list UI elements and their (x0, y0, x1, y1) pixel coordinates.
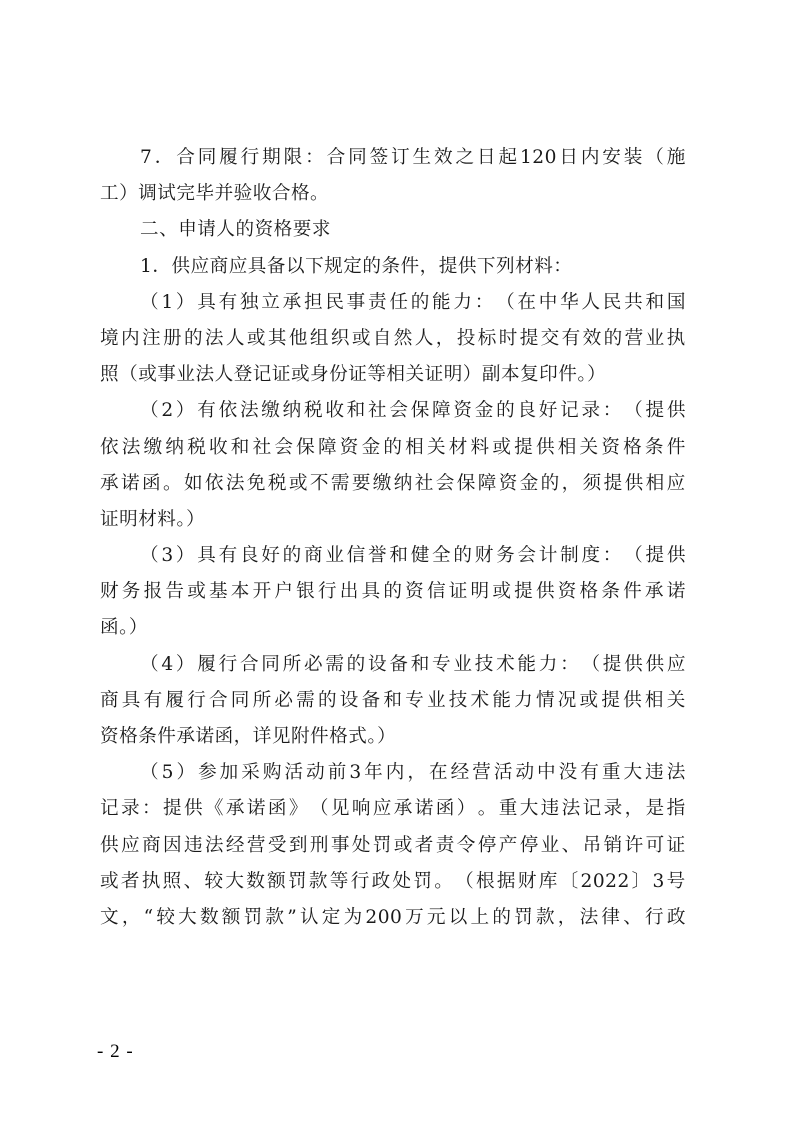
text-line: 照（或事业法人登记证或身份证等相关证明）副本复印件。） (100, 357, 686, 393)
text-line: （5）参加采购活动前3年内，在经营活动中没有重大违法 (100, 755, 686, 791)
text-line: 工）调试完毕并验收合格。 (100, 176, 686, 212)
text-line: 承诺函。如依法免税或不需要缴纳社会保障资金的，须提供相应 (100, 466, 686, 502)
text-line: 依法缴纳税收和社会保障资金的相关材料或提供相关资格条件 (100, 430, 686, 466)
text-line: 证明材料。） (100, 502, 686, 538)
text-line: 二、申请人的资格要求 (100, 212, 686, 248)
text-line: 财务报告或基本开户银行出具的资信证明或提供资格条件承诺 (100, 574, 686, 610)
text-line: 文，“较大数额罚款”认定为200万元以上的罚款，法律、行政 (100, 900, 686, 936)
text-line: （4）履行合同所必需的设备和专业技术能力：（提供供应 (100, 647, 686, 683)
text-line: 7．合同履行期限：合同签订生效之日起120日内安装（施 (100, 140, 686, 176)
text-line: （1）具有独立承担民事责任的能力：（在中华人民共和国 (100, 285, 686, 321)
text-line: 记录：提供《承诺函》（见响应承诺函）。重大违法记录，是指 (100, 791, 686, 827)
text-line: 函。） (100, 610, 686, 646)
text-line: 境内注册的法人或其他组织或自然人，投标时提交有效的营业执 (100, 321, 686, 357)
text-line: 1．供应商应具备以下规定的条件，提供下列材料： (100, 249, 686, 285)
text-line: （2）有依法缴纳税收和社会保障资金的良好记录：（提供 (100, 393, 686, 429)
document-body: 7．合同履行期限：合同签订生效之日起120日内安装（施工）调试完毕并验收合格。二… (100, 140, 686, 936)
page-number: - 2 - (97, 1041, 134, 1063)
document-page: 7．合同履行期限：合同签订生效之日起120日内安装（施工）调试完毕并验收合格。二… (0, 0, 793, 1122)
text-line: 资格条件承诺函，详见附件格式。） (100, 719, 686, 755)
text-line: 商具有履行合同所必需的设备和专业技术能力情况或提供相关 (100, 683, 686, 719)
text-line: （3）具有良好的商业信誉和健全的财务会计制度：（提供 (100, 538, 686, 574)
text-line: 或者执照、较大数额罚款等行政处罚。（根据财库〔2022〕3号 (100, 864, 686, 900)
text-line: 供应商因违法经营受到刑事处罚或者责令停产停业、吊销许可证 (100, 828, 686, 864)
